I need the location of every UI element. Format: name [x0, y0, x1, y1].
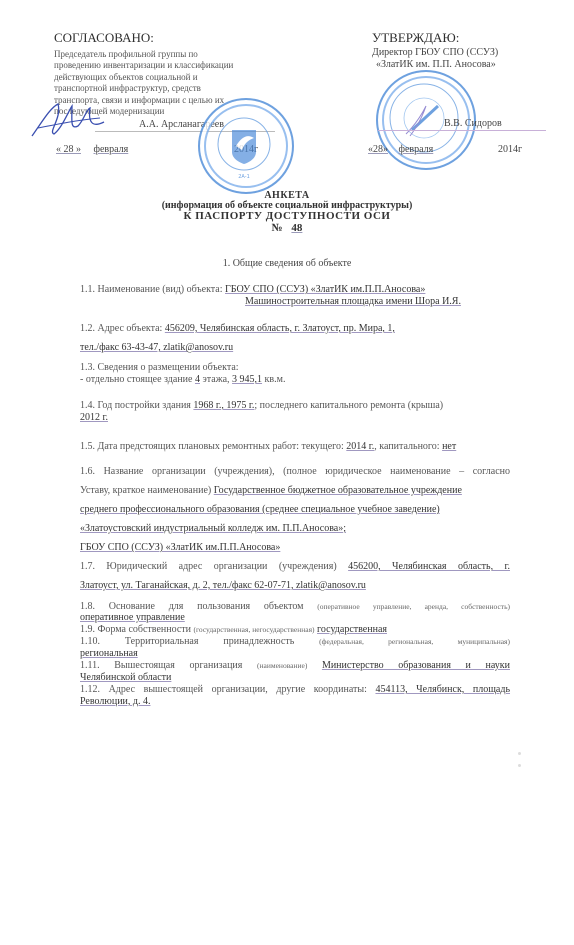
- item-1-3-area: 3 945,1: [232, 374, 262, 385]
- item-1-3-floors: 4: [195, 374, 200, 385]
- item-1-11: 1.11. Вышестоящая организация (наименова…: [80, 660, 510, 672]
- approval-right-signatory: В.В. Сидоров: [444, 118, 502, 129]
- stamp-left: 2А-1: [198, 98, 294, 194]
- item-1-6-line2: Уставу, краткое наименование) Государств…: [80, 485, 510, 497]
- item-1-9-value: государственная: [317, 624, 387, 635]
- item-1-1: 1.1. Наименование (вид) объекта: ГБОУ СП…: [80, 284, 510, 296]
- item-1-2: 1.2. Адрес объекта: 456209, Челябинская …: [80, 323, 510, 335]
- approval-left-date-day: « 28 »: [56, 144, 81, 155]
- approval-right-position-line1: Директор ГБОУ СПО (ССУЗ): [372, 47, 572, 59]
- document-number: № 48: [0, 222, 574, 234]
- item-1-6-line4: «Златоустовский индустриальный колледж и…: [80, 523, 510, 535]
- document-passport-heading: К ПАСПОРТУ ДОСТУПНОСТИ ОСИ: [0, 210, 574, 222]
- approval-left-date-month: февраля: [94, 144, 129, 155]
- approval-left-heading: СОГЛАСОВАНО:: [54, 30, 294, 46]
- item-1-1-value-line2: Машиностроительная площадка имени Шора И…: [245, 296, 525, 308]
- item-1-10-value: региональная: [80, 648, 510, 660]
- approval-right-signature-line: В.В. Сидоров: [378, 118, 546, 131]
- section-1-title: 1. Общие сведения об объекте: [0, 258, 574, 269]
- approval-right-heading: УТВЕРЖДАЮ:: [372, 30, 572, 46]
- stamp-left-emblem-icon: 2А-1: [198, 98, 290, 190]
- item-1-4: 1.4. Год постройки здания 1968 г., 1975 …: [80, 400, 510, 412]
- item-1-7-line2: Златоуст, ул. Таганайская, д. 2, тел./фа…: [80, 580, 510, 592]
- item-1-1-value: ГБОУ СПО (ССУЗ) «ЗлатИК им.П.П.Аносова»: [225, 284, 425, 295]
- item-1-7: 1.7. Юридический адрес организации (учре…: [80, 561, 510, 573]
- item-1-11-value-line2: Челябинской области: [80, 672, 510, 684]
- approval-right-date-day: «28»: [368, 144, 388, 155]
- item-1-3-details: - отдельно стоящее здание 4 этажа, 3 945…: [80, 374, 510, 386]
- scan-speck: [518, 752, 521, 755]
- item-1-3: 1.3. Сведения о размещении объекта:: [80, 362, 510, 374]
- item-1-8-value: оперативное управление: [80, 612, 510, 624]
- approval-right-date: «28» февраля 2014г: [368, 144, 558, 155]
- item-1-4-years: 1968 г., 1975 г.: [193, 400, 254, 411]
- scan-speck: [518, 764, 521, 767]
- item-1-7-address: 456200, Челябинская область, г.: [348, 561, 510, 572]
- item-1-11-value: Министерство образования и науки: [322, 660, 510, 671]
- item-1-2-contacts: тел./факс 63-43-47, zlatik@anosov.ru: [80, 342, 510, 354]
- document-number-label: №: [272, 222, 283, 234]
- item-1-5-capital: нет: [442, 441, 456, 452]
- svg-text:2А-1: 2А-1: [238, 174, 250, 180]
- item-1-12-value-line2: Революции, д. 4.: [80, 696, 510, 708]
- item-1-6-full-name: Государственное бюджетное образовательно…: [214, 485, 462, 496]
- item-1-4-repair: 2012 г.: [80, 412, 510, 424]
- item-1-9: 1.9. Форма собственности (государственна…: [80, 624, 510, 636]
- item-1-12: 1.12. Адрес вышестоящей организации, дру…: [80, 684, 510, 696]
- approval-right-date-month: февраля: [399, 144, 434, 155]
- item-1-12-value: 454113, Челябинск, площадь: [375, 684, 510, 695]
- signature-left-icon: [28, 98, 108, 143]
- document-number-value: 48: [291, 222, 302, 234]
- approval-right-date-year: 2014г: [498, 144, 522, 155]
- item-1-6-short-name: ГБОУ СПО (ССУЗ) «ЗлатИК им.П.П.Аносова»: [80, 542, 510, 554]
- item-1-5: 1.5. Дата предстоящих плановых ремонтных…: [80, 441, 510, 453]
- item-1-2-address: 456209, Челябинская область, г. Златоуст…: [165, 323, 395, 334]
- item-1-10: 1.10. Территориальная принадлежность (фе…: [80, 636, 510, 648]
- item-1-5-current: 2014 г.: [346, 441, 374, 452]
- approval-right-block: УТВЕРЖДАЮ: Директор ГБОУ СПО (ССУЗ) «Зла…: [372, 30, 572, 71]
- item-1-6: 1.6. Название организации (учреждения), …: [80, 466, 510, 478]
- item-1-6-line3: среднего профессионального образования (…: [80, 504, 510, 516]
